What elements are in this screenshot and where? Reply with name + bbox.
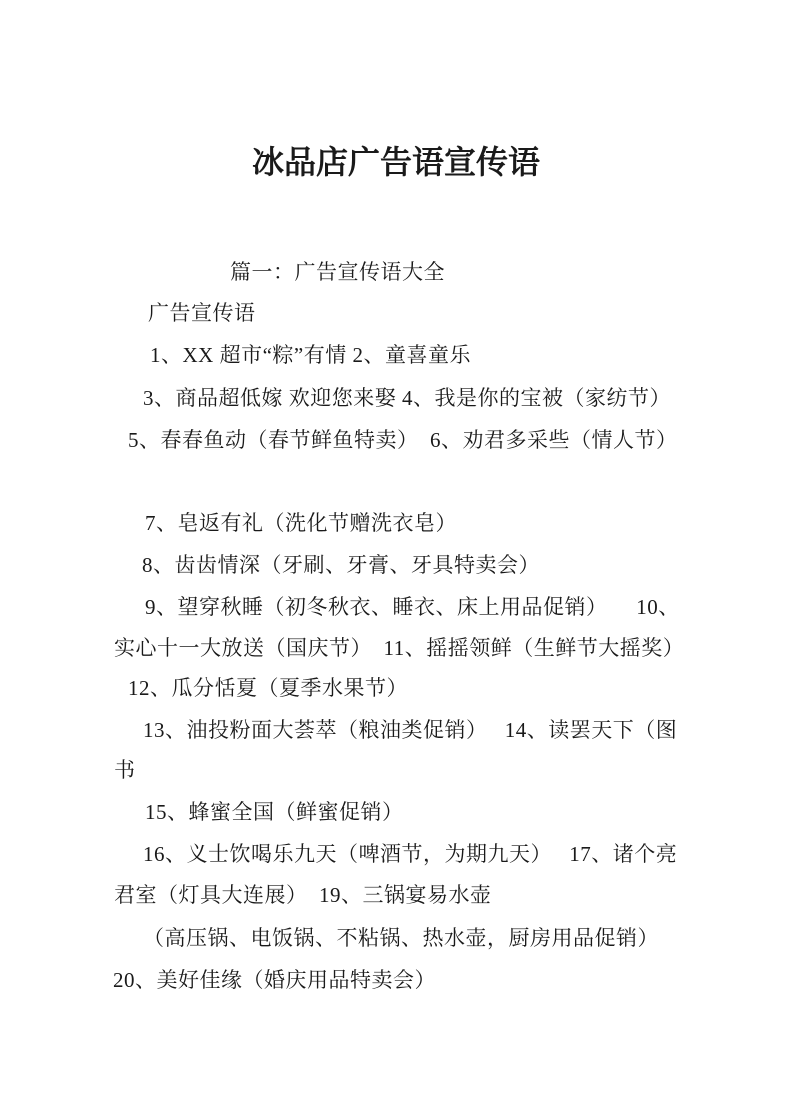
text-line: 君室（灯具大连展） 19、三锅宴易水壶 — [114, 880, 492, 910]
document-title: 冰品店广告语宣传语 — [0, 140, 792, 184]
text-line: 7、皂返有礼（洗化节赠洗衣皂） — [145, 508, 457, 538]
document-page: 冰品店广告语宣传语 篇一：广告宣传语大全 广告宣传语 1、XX 超市“粽”有情 … — [0, 0, 792, 1120]
section-heading: 篇一：广告宣传语大全 — [230, 257, 445, 287]
text-line: （高压锅、电饭锅、不粘锅、热水壶，厨房用品促销） — [143, 923, 659, 953]
text-line: 实心十一大放送（国庆节） 11、摇摇领鲜（生鲜节大摇奖） — [114, 633, 684, 663]
text-line: 13、油投粉面大荟萃（粮油类促销） 14、读罢天下（图 — [143, 715, 677, 745]
text-line: 1、XX 超市“粽”有情 2、童喜童乐 — [150, 340, 471, 370]
intro-line: 广告宣传语 — [148, 298, 256, 328]
text-line: 12、瓜分恬夏（夏季水果节） — [128, 673, 408, 703]
text-line: 20、美好佳缘（婚庆用品特卖会） — [113, 965, 436, 995]
text-line: 5、春春鱼动（春节鲜鱼特卖） 6、劝君多采些（情人节） — [128, 425, 678, 455]
text-line: 16、义士饮喝乐九天（啤酒节，为期九天） 17、诸个亮 — [143, 839, 677, 869]
text-line: 8、齿齿情深（牙刷、牙膏、牙具特卖会） — [142, 550, 540, 580]
text-line: 9、望穿秋睡（初冬秋衣、睡衣、床上用品促销） 10、 — [145, 592, 680, 622]
text-line: 书 — [114, 755, 136, 785]
text-line: 15、蜂蜜全国（鲜蜜促销） — [145, 797, 404, 827]
text-line: 3、商品超低嫁 欢迎您来娶 4、我是你的宝被（家纺节） — [143, 383, 671, 413]
